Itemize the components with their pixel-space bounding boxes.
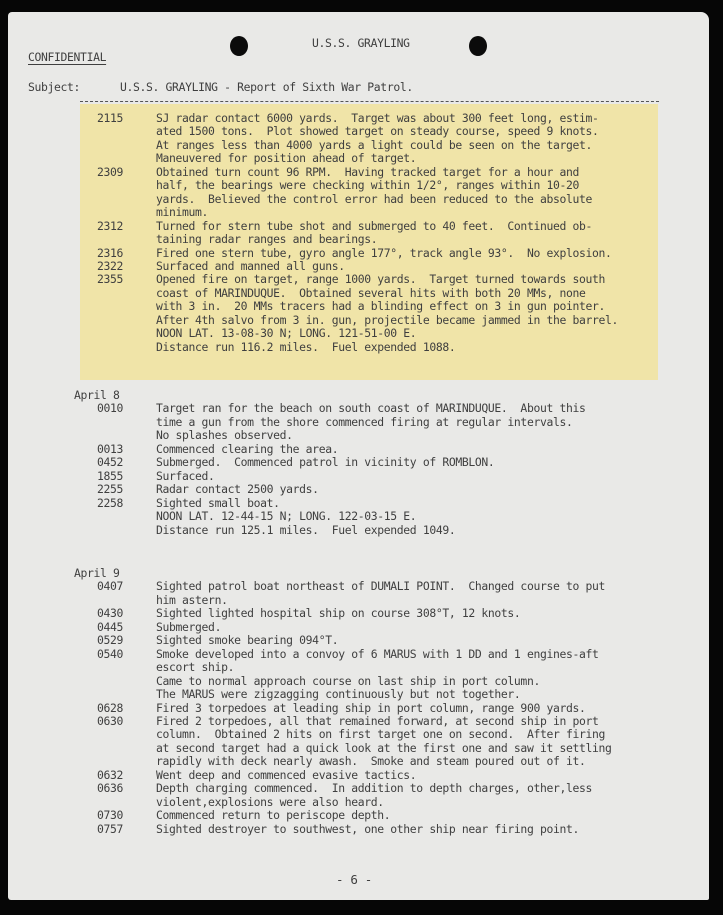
- entry-text-line: minimum.: [156, 205, 208, 219]
- entry-time: 0430: [97, 606, 123, 620]
- entry-text-line: Fired one stern tube, gyro angle 177°, t…: [156, 246, 612, 260]
- entry-time: 0630: [97, 714, 123, 728]
- entry-text-line: Sighted small boat.: [156, 496, 280, 510]
- entry-text-line: Opened fire on target, range 1000 yards.…: [156, 272, 605, 286]
- entry-time: 2312: [97, 219, 123, 233]
- entry-time: 0628: [97, 701, 123, 715]
- entry-time: 2355: [97, 272, 123, 286]
- entry-time: 0452: [97, 455, 123, 469]
- entry-text-line: After 4th salvo from 3 in. gun, projecti…: [156, 313, 618, 327]
- entry-text-line: half, the bearings were checking within …: [156, 178, 579, 192]
- entry-text-line: SJ radar contact 6000 yards. Target was …: [156, 111, 599, 125]
- entry-text-line: Target ran for the beach on south coast …: [156, 401, 586, 415]
- entry-text-line: Commenced clearing the area.: [156, 442, 338, 456]
- entry-text-line: Radar contact 2500 yards.: [156, 482, 319, 496]
- entry-time: 0632: [97, 768, 123, 782]
- ship-header: U.S.S. GRAYLING: [312, 36, 410, 50]
- subject-label: Subject:: [28, 80, 80, 94]
- entry-text-line: with 3 in. 20 MMs tracers had a blinding…: [156, 299, 605, 313]
- entry-time: 0730: [97, 808, 123, 822]
- entry-text-line: Depth charging commenced. In addition to…: [156, 781, 592, 795]
- entry-text-line: him astern.: [156, 593, 228, 607]
- entry-text-line: column. Obtained 2 hits on first target …: [156, 727, 605, 741]
- entry-time: 2309: [97, 165, 123, 179]
- subject-text: U.S.S. GRAYLING - Report of Sixth War Pa…: [120, 80, 413, 94]
- page-number: - 6 -: [336, 872, 372, 887]
- entry-text-line: Surfaced and manned all guns.: [156, 259, 345, 273]
- entry-text-line: At ranges less than 4000 yards a light c…: [156, 138, 592, 152]
- entry-text-line: Surfaced.: [156, 469, 215, 483]
- entry-time: 2255: [97, 482, 123, 496]
- entry-text-line: yards. Believed the control error had be…: [156, 192, 592, 206]
- entry-time: 0757: [97, 822, 123, 836]
- classification-label: CONFIDENTIAL: [28, 50, 106, 64]
- entry-text-line: Sighted smoke bearing 094°T.: [156, 633, 338, 647]
- entry-time: 0407: [97, 579, 123, 593]
- punch-hole-right: [469, 36, 487, 56]
- entry-text-line: Obtained turn count 96 RPM. Having track…: [156, 165, 579, 179]
- entry-text-line: Submerged. Commenced patrol in vicinity …: [156, 455, 494, 469]
- entry-text-line: Fired 3 torpedoes at leading ship in por…: [156, 701, 586, 715]
- entry-text-line: ated 1500 tons. Plot showed target on st…: [156, 124, 599, 138]
- entry-time: 0013: [97, 442, 123, 456]
- entry-text-line: Went deep and commenced evasive tactics.: [156, 768, 416, 782]
- entry-text-line: Came to normal approach course on last s…: [156, 674, 540, 688]
- entry-text-line: Smoke developed into a convoy of 6 MARUS…: [156, 647, 599, 661]
- punch-hole-left: [230, 36, 248, 56]
- separator-dashes: [80, 101, 659, 102]
- entry-time: 0636: [97, 781, 123, 795]
- entry-text-line: Commenced return to periscope depth.: [156, 808, 390, 822]
- entry-time: 0445: [97, 620, 123, 634]
- entry-text-line: Submerged.: [156, 620, 221, 634]
- entry-text-line: Distance run 125.1 miles. Fuel expended …: [156, 523, 455, 537]
- entry-text-line: time a gun from the shore commenced firi…: [156, 415, 573, 429]
- entry-time: 0540: [97, 647, 123, 661]
- entry-time: 2322: [97, 259, 123, 273]
- entry-time: 0010: [97, 401, 123, 415]
- document-page: U.S.S. GRAYLING CONFIDENTIAL Subject: U.…: [8, 12, 709, 900]
- entry-text-line: Sighted patrol boat northeast of DUMALI …: [156, 579, 605, 593]
- entry-time: 0529: [97, 633, 123, 647]
- entry-text-line: NOON LAT. 13-08-30 N; LONG. 121-51-00 E.: [156, 326, 416, 340]
- entry-text-line: Turned for stern tube shot and submerged…: [156, 219, 592, 233]
- entry-text-line: Fired 2 torpedoes, all that remained for…: [156, 714, 599, 728]
- entry-text-line: The MARUS were zigzagging continuously b…: [156, 687, 520, 701]
- entry-text-line: escort ship.: [156, 660, 234, 674]
- entry-text-line: at second target had a quick look at the…: [156, 741, 612, 755]
- entry-text-line: NOON LAT. 12-44-15 N; LONG. 122-03-15 E.: [156, 509, 416, 523]
- entry-text-line: coast of MARINDUQUE. Obtained several hi…: [156, 286, 586, 300]
- day-heading: April 8: [74, 388, 120, 402]
- entry-text-line: Sighted lighted hospital ship on course …: [156, 606, 520, 620]
- entry-text-line: violent,explosions were also heard.: [156, 795, 384, 809]
- entry-text-line: Maneuvered for position ahead of target.: [156, 151, 416, 165]
- entry-time: 2115: [97, 111, 123, 125]
- entry-text-line: No splashes observed.: [156, 428, 293, 442]
- entry-time: 1855: [97, 469, 123, 483]
- entry-text-line: Distance run 116.2 miles. Fuel expended …: [156, 340, 455, 354]
- entry-text-line: rapidly with deck nearly awash. Smoke an…: [156, 754, 586, 768]
- day-heading: April 9: [74, 566, 120, 580]
- entry-text-line: Sighted destroyer to southwest, one othe…: [156, 822, 579, 836]
- entry-text-line: taining radar ranges and bearings.: [156, 232, 377, 246]
- entry-time: 2258: [97, 496, 123, 510]
- entry-time: 2316: [97, 246, 123, 260]
